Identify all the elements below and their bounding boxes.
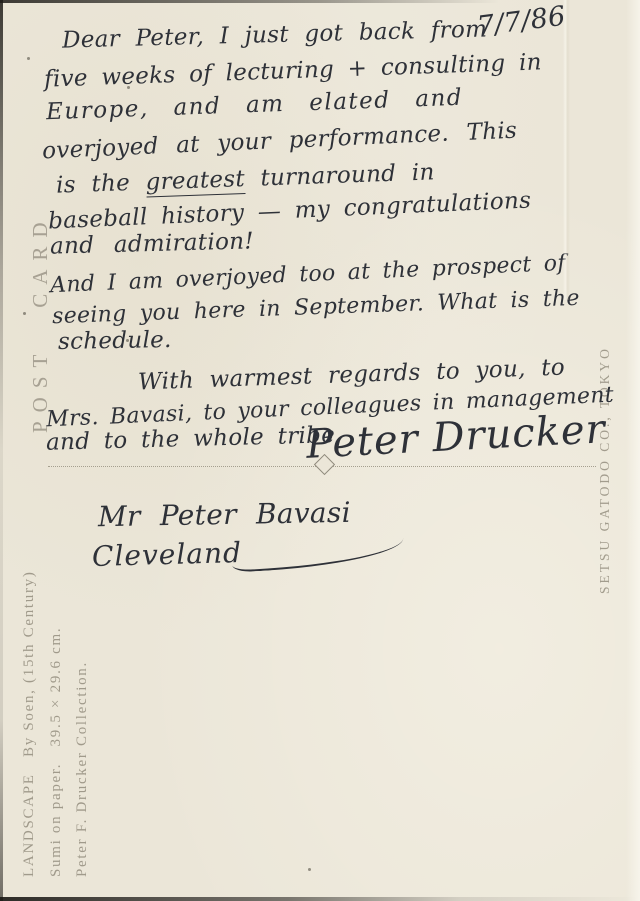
message-line: is the greatest turnaround in [56,159,435,198]
paper-crease [563,0,570,300]
paper-speck [127,86,130,89]
address-name: Mr Peter Bavasi [98,496,351,533]
postcard-scan: POST CARD SETSU GATODO CO., TOKYO LANDSC… [0,0,640,901]
caption-artwork-title: LANDSCAPE By Soen, (15th Century) [21,570,38,877]
underline-flourish [231,538,404,573]
scan-edge-top [0,0,640,3]
message-line: and admiration! [50,228,254,259]
message-line: Dear Peter, I just got back from [62,16,488,53]
scan-edge-left [0,0,3,901]
message-line-part: turnaround in [244,159,435,192]
paper-speck [27,57,30,60]
paper-speck [23,312,26,315]
underlined-word: greatest [145,166,245,197]
message-line: Europe, and am elated and [46,85,464,126]
handwritten-date: 7/7/86 [475,1,567,43]
message-line: overjoyed at your performance. This [42,118,518,165]
paper-speck [126,339,129,342]
caption-medium: Sumi on paper. 39.5 × 29.6 cm. [48,627,65,877]
message-line: five weeks of lecturing + consulting in [44,49,543,92]
message-line-part: is the [56,169,146,198]
address-city: Cleveland [92,536,243,573]
caption-collection: Peter F. Drucker Collection. [74,661,91,877]
scan-edge-bottom [0,897,640,901]
scan-edge-right [626,0,640,901]
message-line: schedule. [58,327,172,355]
paper-speck [308,868,311,871]
